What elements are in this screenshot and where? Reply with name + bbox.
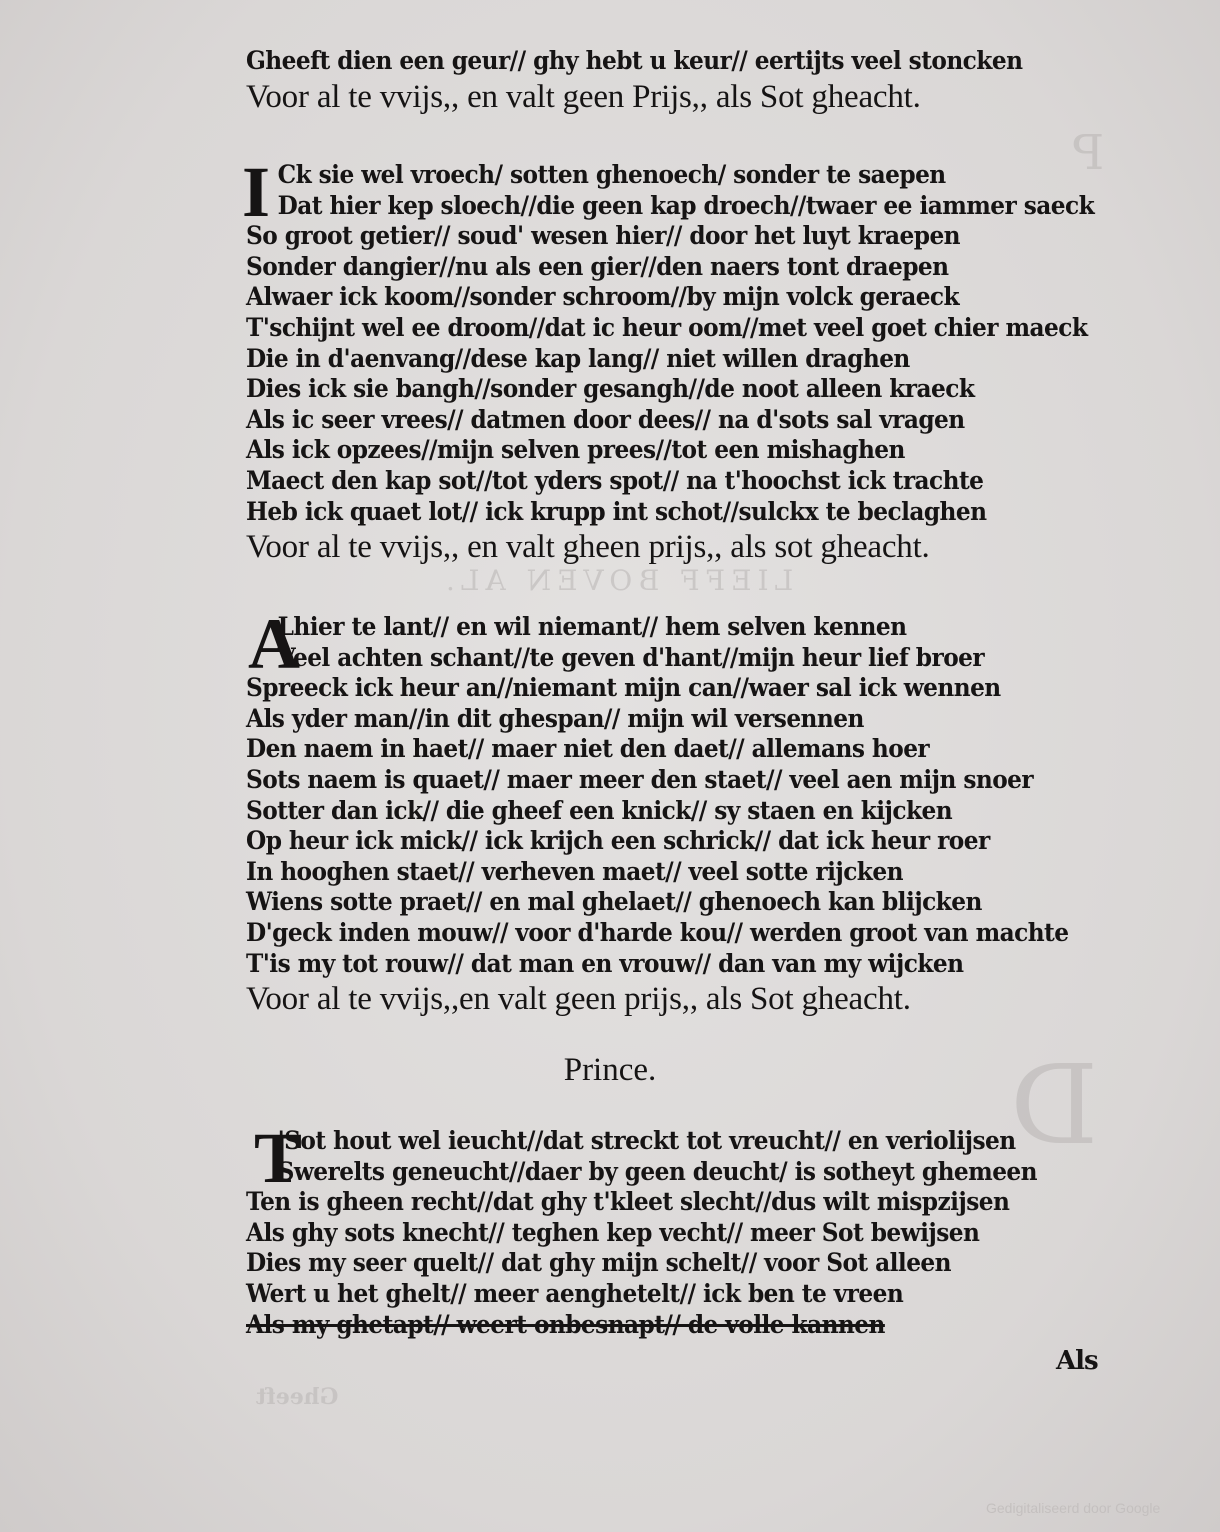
verse-line: Dies ick sie bangh//sonder gesangh//de n… [246, 374, 1094, 405]
verse-line: Maect den kap sot//tot yders spot// na t… [246, 466, 1094, 497]
verse-line: Alwaer ick koom//sonder schroom//by mijn… [246, 282, 1094, 313]
verse-line: So groot getier// soud' wesen hier// doo… [246, 221, 1094, 252]
verse-line: Sotter dan ick// die gheef een knick// s… [246, 796, 1068, 827]
verse-line: T'schijnt wel ee droom//dat ic heur oom/… [246, 313, 1094, 344]
verse-line: Op heur ick mick// ick krijch een schric… [246, 826, 1068, 857]
verse-line: Als ghy sots knecht// teghen kep vecht//… [246, 1218, 1037, 1249]
verse-line: Ten is gheen recht//dat ghy t'kleet slec… [246, 1187, 1037, 1218]
verse-line: Gheeft dien een geur// ghy hebt u keur//… [246, 46, 1022, 77]
struck-verse-line: Als my ghetapt// weert onbesnapt// de vo… [246, 1310, 1037, 1341]
refrain: Voor al te vvijs,,en valt geen prijs,, a… [246, 979, 1130, 1019]
bleed-through-heading: LIEFF BOVEN AL. [440, 564, 793, 597]
verse-line: Als ick opzees//mijn selven prees//tot e… [246, 435, 1094, 466]
verse-line: Wert u het ghelt// meer aenghetelt// ick… [246, 1279, 1037, 1310]
verse-line: Als ic seer vrees// datmen door dees// n… [246, 405, 1094, 436]
verse-line: Ck sie wel vroech/ sotten ghenoech/ sond… [246, 160, 1094, 191]
verse-line: Wiens sotte praet// en mal ghelaet// ghe… [246, 887, 1068, 918]
digitization-watermark: Gedigitaliseerd door Google [986, 1500, 1160, 1516]
bleed-through-signature: Gheeft [256, 1384, 338, 1410]
stanza-prince: T 'Sot hout wel ieucht//dat streckt tot … [246, 1126, 1097, 1340]
verse-line: Die in d'aenvang//dese kap lang// niet w… [246, 344, 1094, 375]
verse-line: Sonder dangier//nu als een gier//den nae… [246, 252, 1094, 283]
verse-line: T'is my tot rouw// dat man en vrouw// da… [246, 949, 1068, 980]
verse-line: Spreeck ick heur an//niemant mijn can//w… [246, 673, 1068, 704]
verse-line: In hooghen staet// verheven maet// veel … [246, 857, 1068, 888]
refrain: Voor al te vvijs,, en valt gheen prijs,,… [246, 527, 1158, 567]
verse-line: D'geck inden mouw// voor d'harde kou// w… [246, 918, 1068, 949]
verse-line: Sots naem is quaet// maer meer den staet… [246, 765, 1068, 796]
verse-line: Dat hier kep sloech//die geen kap droech… [246, 191, 1094, 222]
stanza-1: I Ck sie wel vroech/ sotten ghenoech/ so… [246, 160, 1158, 567]
verse-line: Heb ick quaet lot// ick krupp int schot/… [246, 497, 1094, 528]
scanned-book-page: LIEFF BOVEN AL. D P Gheeft dien een geur… [0, 0, 1220, 1532]
verse-line: Lhier te lant// en wil niemant// hem sel… [246, 612, 1068, 643]
refrain: Voor al te vvijs,, en valt geen Prijs,, … [246, 77, 1081, 117]
stanza-ending: Gheeft dien een geur// ghy hebt u keur//… [246, 46, 1081, 117]
verse-line: Swerelts geneucht//daer by geen deucht/ … [246, 1157, 1037, 1188]
stanza-2: A Lhier te lant// en wil niemant// hem s… [246, 612, 1130, 1019]
verse-line: 'Sot hout wel ieucht//dat streckt tot vr… [246, 1126, 1037, 1157]
verse-line: Als yder man//in dit ghespan// mijn wil … [246, 704, 1068, 735]
catchword: Als [1056, 1346, 1098, 1376]
verse-line: Dies my seer quelt// dat ghy mijn schelt… [246, 1248, 1037, 1279]
section-heading: Prince. [0, 1052, 1220, 1089]
verse-line: Veel achten schant//te geven d'hant//mij… [246, 643, 1068, 674]
verse-line: Den naem in haet// maer niet den daet// … [246, 734, 1068, 765]
